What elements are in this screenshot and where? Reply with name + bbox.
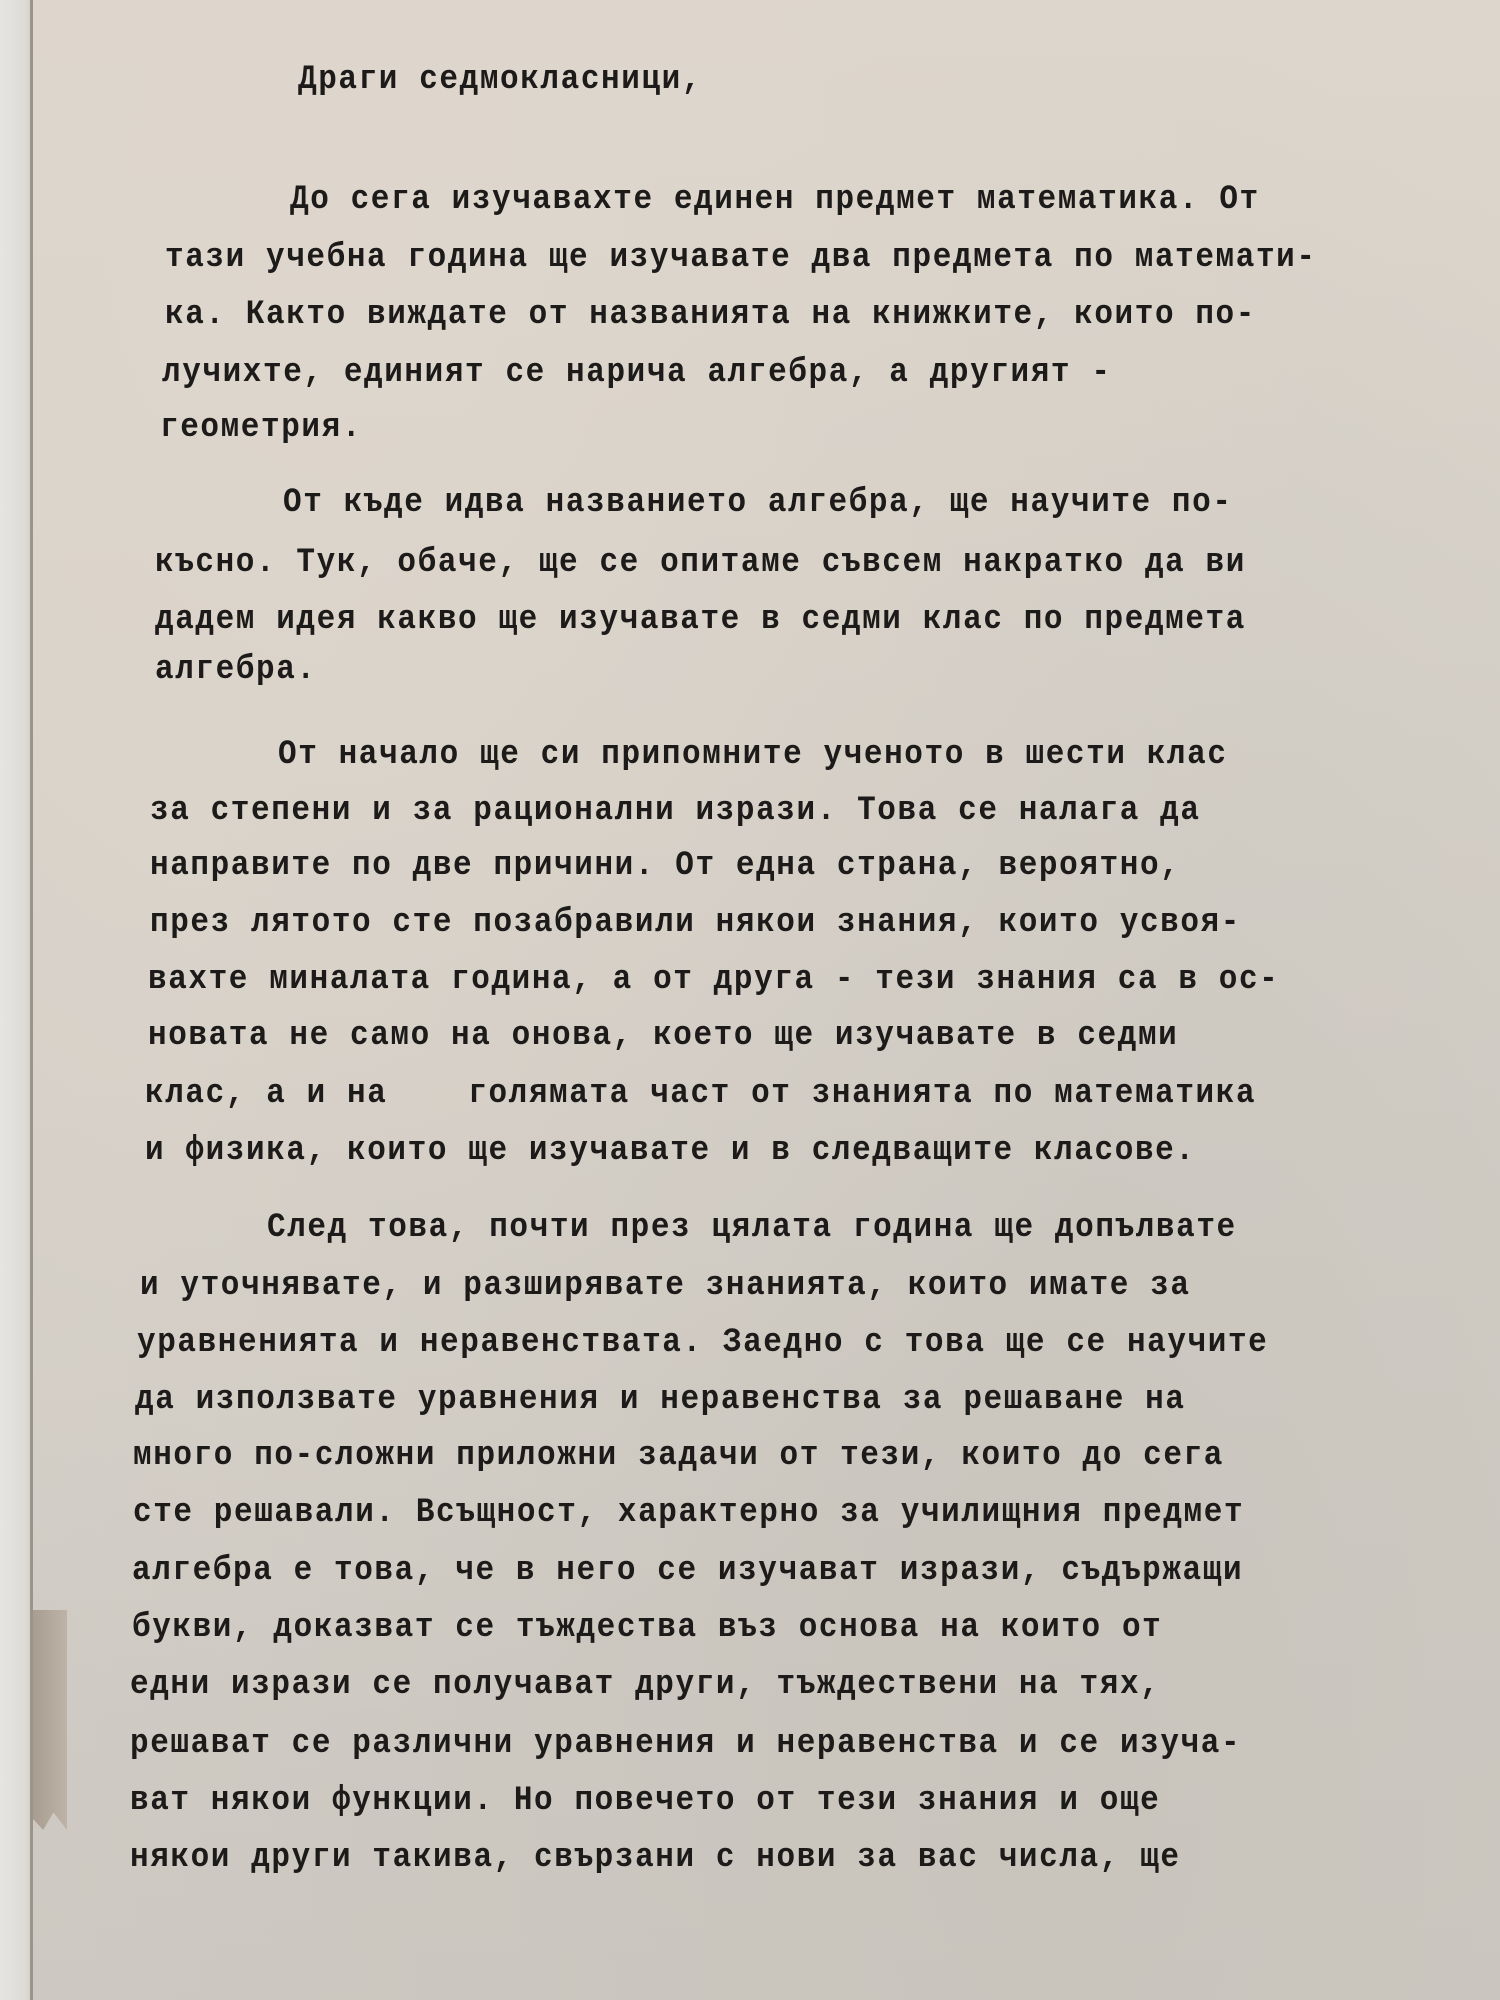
paragraph-1-line-1: До сега изучавахте единен предмет матема… [290,182,1260,217]
paragraph-2-line-4: алгебра. [155,652,317,687]
paragraph-3-line-8: и физика, които ще изучавате и в следващ… [145,1133,1196,1168]
paragraph-3-line-6: новата не само на онова, което ще изучав… [148,1018,1178,1053]
paragraph-4-line-8: букви, доказват се тъждества въз основа … [132,1610,1162,1645]
paragraph-4-line-1: След това, почти през цялата година ще д… [267,1210,1237,1245]
paragraph-2-line-2: късно. Тук, обаче, ще се опитаме съвсем … [155,545,1246,580]
greeting: Драги седмокласници, [298,62,702,97]
paragraph-3-line-2: за степени и за рационални изрази. Това … [150,793,1201,828]
paragraph-1-line-3: ка. Както виждате от названията на книжк… [165,297,1256,332]
paragraph-3-line-4: през лятото сте позабравили някои знания… [150,905,1241,940]
paragraph-1-line-2: тази учебна година ще изучавате два пред… [165,240,1317,275]
paragraph-2-line-1: От къде идва названието алгебра, ще науч… [283,485,1233,520]
document-body: Драги седмокласници, До сега изучавахте … [0,0,1500,2000]
paragraph-4-line-5: много по-сложни приложни задачи от тези,… [133,1438,1224,1473]
paragraph-4-line-7: алгебра е това, че в него се изучават из… [132,1553,1243,1588]
paragraph-4-line-3: уравненията и неравенствата. Заедно с то… [137,1325,1268,1360]
paragraph-4-line-2: и уточнявате, и разширявате знанията, ко… [140,1268,1191,1303]
paragraph-3-line-3: направите по две причини. От една страна… [150,848,1180,883]
paragraph-3-line-7: клас, а и на голямата част от знанията п… [145,1076,1256,1111]
paragraph-1-line-4: лучихте, единият се нарича алгебра, а др… [162,355,1112,390]
paragraph-4-line-9: едни изрази се получават други, тъждеств… [130,1667,1160,1702]
paragraph-4-line-10: решават се различни уравнения и неравенс… [130,1726,1241,1761]
paragraph-1-line-5: геометрия. [160,410,362,445]
paragraph-4-line-4: да използвате уравнения и неравенства за… [135,1382,1186,1417]
paragraph-4-line-11: ват някои функции. Но повечето от тези з… [130,1783,1160,1818]
paragraph-4-line-6: сте решавали. Всъщност, характерно за уч… [133,1495,1244,1530]
paragraph-3-line-1: От начало ще си припомните ученото в шес… [278,737,1228,772]
paragraph-3-line-5: вахте миналата година, а от друга - тези… [148,962,1279,997]
paragraph-4-line-12: някои други такива, свързани с нови за в… [130,1840,1181,1875]
paragraph-2-line-3: дадем идея какво ще изучавате в седми кл… [155,602,1246,637]
